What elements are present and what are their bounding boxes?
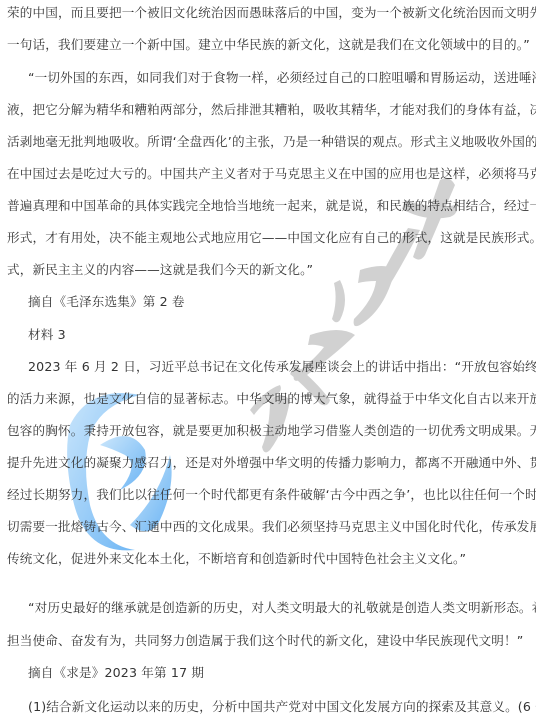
text-line: 液，把它分解为精华和糟粕两部分，然后排泄其糟粕，吸收其精华，才能对我们的身体有益… bbox=[7, 102, 532, 118]
text-line: 在中国过去是吃过大亏的。中国共产主义者对于马克思主义在中国的应用也是这样，必须将… bbox=[7, 166, 532, 182]
paragraph-start: 2023 年 6 月 2 日，习近平总书记在文化传承发展座谈会上的讲话中指出：“… bbox=[28, 359, 532, 375]
text-line: 普遍真理和中国革命的具体实践完全地恰当地统一起来，就是说，和民族的特点相结合，经… bbox=[7, 198, 532, 214]
text-line: 形式，才有用处，决不能主观地公式地应用它——中国文化应有自己的形式，这就是民族形… bbox=[7, 230, 532, 246]
text-line: 式，新民主主义的内容——这就是我们今天的新文化。” bbox=[7, 262, 532, 278]
text-line: 的活力来源，也是文化自信的显著标志。中华文明的博大气象，就得益于中华文化自古以来… bbox=[7, 391, 532, 407]
text-line: 经过长期努力，我们比以往任何一个时代都更有条件破解‘古今中西之争’，也比以往任何… bbox=[7, 487, 532, 503]
text-line: 切需要一批熔铸古今、汇通中西的文化成果。我们必须坚持马克思主义中国化时代化，传承… bbox=[7, 519, 532, 535]
question-item: (1)结合新文化运动以来的历史，分析中国共产党对中国文化发展方向的探索及其意义。… bbox=[28, 699, 532, 715]
source-citation: 摘自《毛泽东选集》第 2 卷 bbox=[28, 294, 532, 310]
source-citation: 摘自《求是》2023 年第 17 期 bbox=[28, 665, 532, 681]
text-line: 荣的中国，而且要把一个被旧文化统治因而愚昧落后的中国，变为一个被新文化统治因而文… bbox=[7, 5, 532, 21]
text-line: 包容的胸怀。秉持开放包容，就是要更加积极主动地学习借鉴人类创造的一切优秀文明成果… bbox=[7, 423, 532, 439]
text-line: 担当使命、奋发有为，共同努力创造属于我们这个时代的新文化，建设中华民族现代文明！… bbox=[7, 633, 532, 649]
quote-paragraph-start: “一切外国的东西，如同我们对于食物一样，必须经过自己的口腔咀嚼和胃肠运动，送进唾… bbox=[28, 70, 532, 86]
document-page: 荣的中国，而且要把一个被旧文化统治因而愚昧落后的中国，变为一个被新文化统治因而文… bbox=[0, 0, 536, 727]
text-line: 提升先进文化的凝聚力感召力，还是对外增强中华文明的传播力影响力，都离不开融通中外… bbox=[7, 455, 532, 471]
text-line: 传统文化，促进外来文化本土化，不断培育和创造新时代中国特色社会主义文化。” bbox=[7, 551, 532, 567]
text-line: 一句话，我们要建立一个新中国。建立中华民族的新文化，这就是我们在文化领域中的目的… bbox=[7, 37, 532, 53]
text-line: 活剥地毫无批判地吸收。所谓‘全盘西化’的主张，乃是一种错误的观点。形式主义地吸收… bbox=[7, 134, 532, 150]
material-heading: 材料 3 bbox=[28, 327, 532, 343]
quote-paragraph-start: “对历史最好的继承就是创造新的历史，对人类文明最大的礼敬就是创造人类文明新形态。… bbox=[28, 600, 532, 616]
